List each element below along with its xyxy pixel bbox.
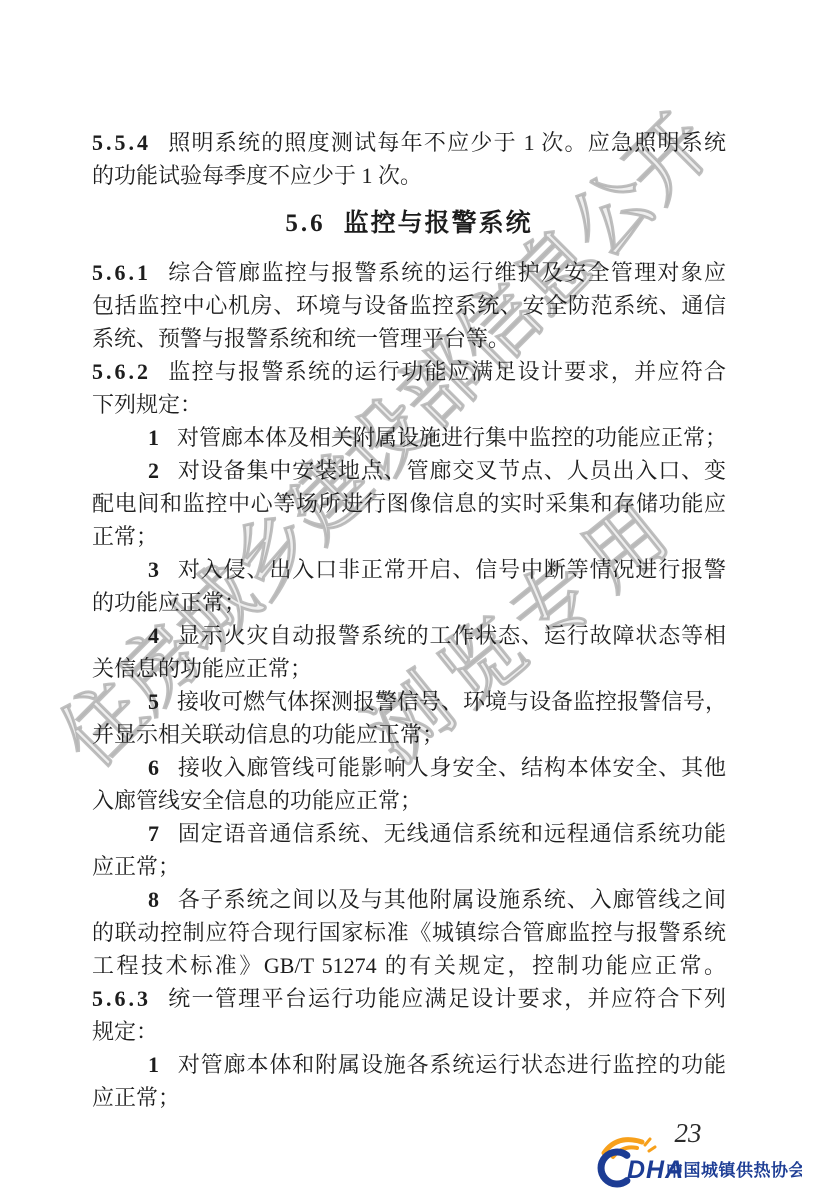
clause-number: 5.6.2 bbox=[92, 359, 151, 384]
logo-orange-tick-2 bbox=[649, 1147, 655, 1151]
item-number: 4 bbox=[148, 623, 159, 648]
clause-5-6-1-line: 包括监控中心机房、环境与设备监控系统、安全防范系统、通信 bbox=[92, 289, 726, 322]
clause-text: 系统、预警与报警系统和统一管理平台等。 bbox=[92, 326, 510, 351]
list-item-1-line: 1对管廊本体及相关附属设施进行集中监控的功能应正常； bbox=[92, 421, 726, 454]
clause-text: 监控与报警系统的运行功能应满足设计要求，并应符合 bbox=[167, 359, 726, 384]
list-item-6-line: 入廊管线安全信息的功能应正常； bbox=[92, 784, 726, 817]
list-item-1-line: 应正常； bbox=[92, 1081, 726, 1114]
item-text: 对设备集中安装地点、管廊交叉节点、人员出入口、变 bbox=[177, 458, 726, 483]
clause-text: 照明系统的照度测试每年不应少于 1 次。应急照明系统 bbox=[167, 130, 726, 155]
list-item-6-line: 6接收入廊管线可能影响人身安全、结构本体安全、其他 bbox=[92, 751, 726, 784]
list-item-7-line: 应正常； bbox=[92, 850, 726, 883]
clause-text: 包括监控中心机房、环境与设备监控系统、安全防范系统、通信 bbox=[92, 293, 726, 318]
logo-orange-tick-1 bbox=[645, 1139, 650, 1145]
clause-text: 统一管理平台运行功能应满足设计要求，并应符合下列 bbox=[167, 986, 726, 1011]
clause-5-6-1-line: 5.6.1综合管廊监控与报警系统的运行维护及安全管理对象应 bbox=[92, 256, 726, 289]
item-text: 并显示相关联动信息的功能应正常； bbox=[92, 722, 444, 747]
list-item-2-line: 2对设备集中安装地点、管廊交叉节点、人员出入口、变 bbox=[92, 454, 726, 487]
item-number: 1 bbox=[148, 1052, 159, 1077]
list-item-3-line: 的功能应正常； bbox=[92, 586, 726, 619]
clause-5-6-1-line: 系统、预警与报警系统和统一管理平台等。 bbox=[92, 322, 726, 355]
item-number: 1 bbox=[148, 425, 159, 450]
item-text: 配电间和监控中心等场所进行图像信息的实时采集和存储功能应 bbox=[92, 491, 726, 516]
clause-5-5-4-line: 5.5.4照明系统的照度测试每年不应少于 1 次。应急照明系统 bbox=[92, 126, 726, 159]
section-title: 监控与报警系统 bbox=[344, 209, 533, 237]
section-number: 5.6 bbox=[285, 210, 325, 237]
clause-5-6-2-line: 5.6.2监控与报警系统的运行功能应满足设计要求，并应符合 bbox=[92, 355, 726, 388]
section-heading: 5.6监控与报警系统 bbox=[92, 206, 726, 241]
list-item-8-line: 8各子系统之间以及与其他附属设施系统、入廊管线之间 bbox=[92, 883, 726, 916]
clause-5-6-2-line: 下列规定： bbox=[92, 388, 726, 421]
list-item-5-line: 并显示相关联动信息的功能应正常； bbox=[92, 718, 726, 751]
item-text: 接收可燃气体探测报警信号、环境与设备监控报警信号， bbox=[177, 689, 727, 714]
item-text: 显示火灾自动报警系统的工作状态、运行故障状态等相 bbox=[177, 623, 726, 648]
item-text: 的联动控制应符合现行国家标准《城镇综合管廊监控与报警系统 bbox=[92, 920, 726, 945]
item-number: 8 bbox=[148, 887, 159, 912]
list-item-2-line: 配电间和监控中心等场所进行图像信息的实时采集和存储功能应 bbox=[92, 487, 726, 520]
item-number: 2 bbox=[148, 458, 159, 483]
item-text: 各子系统之间以及与其他附属设施系统、入廊管线之间 bbox=[177, 887, 726, 912]
item-text: 接收入廊管线可能影响人身安全、结构本体安全、其他 bbox=[177, 755, 726, 780]
clause-text: 规定： bbox=[92, 1019, 158, 1044]
list-item-5-line: 5接收可燃气体探测报警信号、环境与设备监控报警信号， bbox=[92, 685, 726, 718]
list-item-4-line: 4显示火灾自动报警系统的工作状态、运行故障状态等相 bbox=[92, 619, 726, 652]
list-item-2-line: 正常； bbox=[92, 520, 726, 553]
item-text: 应正常； bbox=[92, 854, 180, 879]
item-text: 应正常； bbox=[92, 1085, 180, 1110]
item-text: 固定语音通信系统、无线通信系统和远程通信系统功能 bbox=[177, 821, 726, 846]
clause-text: 的功能试验每季度不应少于 1 次。 bbox=[92, 163, 422, 188]
document-body: 5.5.4照明系统的照度测试每年不应少于 1 次。应急照明系统 的功能试验每季度… bbox=[92, 126, 726, 1114]
item-text: 关信息的功能应正常； bbox=[92, 656, 312, 681]
list-item-7-line: 7固定语音通信系统、无线通信系统和远程通信系统功能 bbox=[92, 817, 726, 850]
item-text: 的功能应正常； bbox=[92, 590, 246, 615]
clause-text: 下列规定： bbox=[92, 392, 202, 417]
item-number: 6 bbox=[148, 755, 159, 780]
logo-association-name: 中国城镇供热协会 bbox=[666, 1160, 802, 1180]
item-number: 5 bbox=[148, 689, 159, 714]
item-text: 工程技术标准》GB/T 51274 的有关规定，控制功能应正常。 bbox=[92, 953, 726, 978]
clause-5-5-4-line: 的功能试验每季度不应少于 1 次。 bbox=[92, 159, 726, 192]
clause-number: 5.6.1 bbox=[92, 260, 151, 285]
list-item-8-line: 工程技术标准》GB/T 51274 的有关规定，控制功能应正常。 bbox=[92, 949, 726, 982]
document-page: 住房城乡建设部信息公开 浏览专用 5.5.4照明系统的照度测试每年不应少于 1 … bbox=[0, 0, 827, 1198]
list-item-3-line: 3对入侵、出入口非正常开启、信号中断等情况进行报警 bbox=[92, 553, 726, 586]
list-item-4-line: 关信息的功能应正常； bbox=[92, 652, 726, 685]
clause-number: 5.6.3 bbox=[92, 986, 151, 1011]
clause-5-6-3-line: 5.6.3统一管理平台运行功能应满足设计要求，并应符合下列 bbox=[92, 982, 726, 1015]
clause-number: 5.5.4 bbox=[92, 130, 151, 155]
list-item-1-line: 1对管廊本体和附属设施各系统运行状态进行监控的功能 bbox=[92, 1048, 726, 1081]
clause-5-6-3-line: 规定： bbox=[92, 1015, 726, 1048]
list-item-8-line: 的联动控制应符合现行国家标准《城镇综合管廊监控与报警系统 bbox=[92, 916, 726, 949]
item-text: 正常； bbox=[92, 524, 158, 549]
item-text: 对管廊本体及相关附属设施进行集中监控的功能应正常； bbox=[177, 425, 727, 450]
item-text: 对管廊本体和附属设施各系统运行状态进行监控的功能 bbox=[177, 1052, 726, 1077]
item-number: 3 bbox=[148, 557, 159, 582]
item-number: 7 bbox=[148, 821, 159, 846]
cdha-logo: DHA 中国城镇供热协会 bbox=[597, 1134, 802, 1188]
clause-text: 综合管廊监控与报警系统的运行维护及安全管理对象应 bbox=[167, 260, 726, 285]
item-text: 入廊管线安全信息的功能应正常； bbox=[92, 788, 422, 813]
item-text: 对入侵、出入口非正常开启、信号中断等情况进行报警 bbox=[177, 557, 726, 582]
